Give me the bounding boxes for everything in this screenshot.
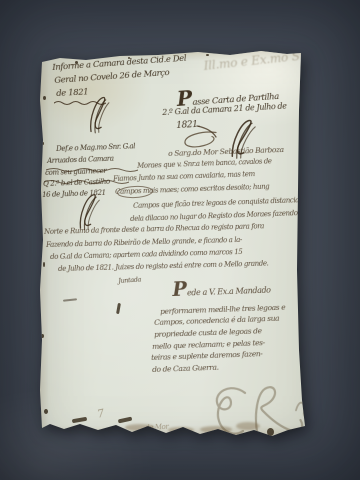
rubric-flourish-icon [80,92,118,135]
body-line: Fazendo da barra do Ribeirão de Mello gr… [46,236,242,249]
paper-shadow-wrap: Informe a Camara desta Cid.e Del Geral n… [0,0,360,480]
petition-line: Campos, concedencia é da larga sua [154,314,279,327]
margin-note-line: Arruados da Camara [47,155,114,165]
pen-trial-mark [63,298,77,301]
margin-note-line: Def.e o Mag.mo Snr. G.al [56,142,135,153]
body-line: do G.al da Camara; apartem cada dividind… [50,248,242,261]
ink-dash-mark [72,417,87,424]
body-line: dela dilacao no lugar do Registo dos Mor… [130,209,298,223]
body-line: Campos que ficão trez legoas de conquist… [133,196,299,210]
circled-word-ellipse [116,184,155,200]
paper-speck [267,428,274,436]
paper-speck [43,262,45,267]
edge-stain [125,424,155,431]
paper-speck [42,142,44,145]
edge-stain [168,427,194,433]
edge-stain [200,426,232,433]
paper-speck [75,61,78,64]
manuscript-photo: Informe a Camara desta Cid.e Del Geral n… [0,0,360,480]
body-word: Juntada [118,275,141,285]
manuscript-paper: Informe a Camara desta Cid.e Del Geral n… [40,50,310,442]
petition-line: propriedade custa de legoas de [154,326,262,339]
body-line: Moraes que v. Snr.a tem banca, cavalos d… [137,157,272,170]
paper-speck [43,96,46,100]
petition-line: teiras e suplente daremos fazen- [151,349,263,362]
paper-speck [41,334,44,338]
paper-speck [206,54,209,56]
royal-cipher-er-flourish [207,379,320,443]
edge-stain [236,422,260,430]
margin-note-line: com seu guarnecer [45,167,106,177]
paper-speck [44,409,48,414]
paper-speck [128,57,130,59]
ink-tick-mark [116,303,121,314]
petition-line: do de Caza Guerra. [152,363,219,374]
salutation: Ill.mo e Ex.mo Snr. [203,47,316,73]
stray-pen-mark: 7 [96,407,105,421]
ink-dash-mark [118,417,132,423]
body-line: de Julho de 1821. Juizes do registo está… [58,259,269,273]
petition-line: Pede a V. Ex.a Mandado [172,275,271,301]
margin-note-line: Q 2.º b.el de Castilho [43,178,110,188]
